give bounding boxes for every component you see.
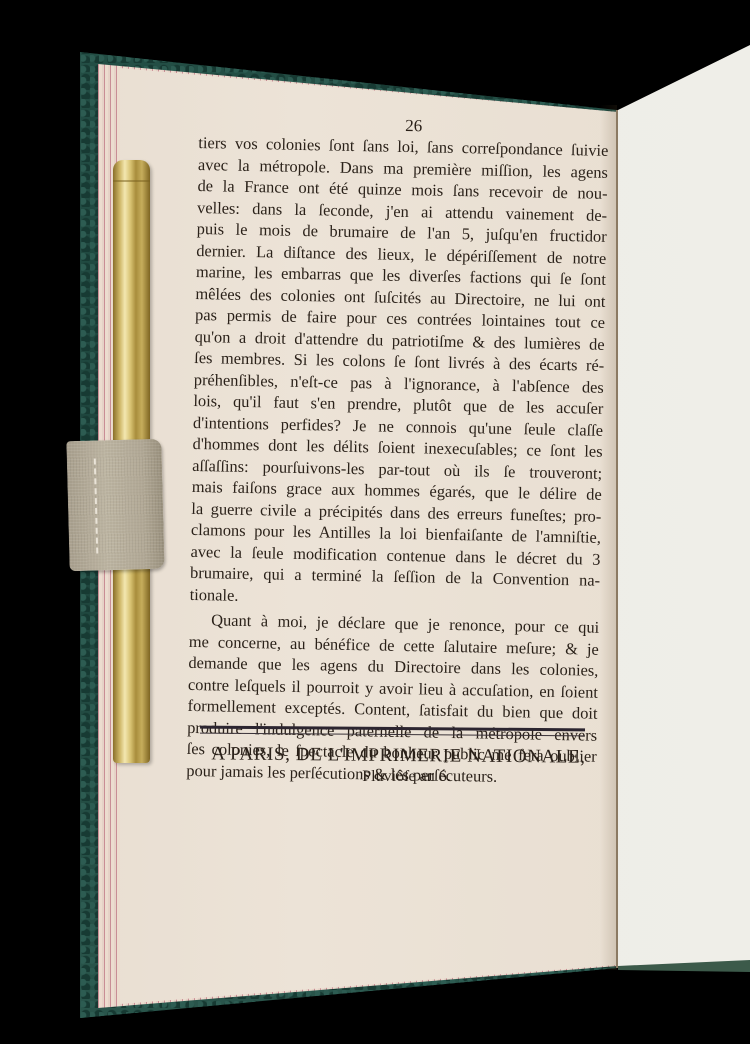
- imprint-line: A PARIS, DE L'IMPRIMERIE NATIONALE,: [196, 743, 601, 769]
- imprint-date: Pluviôſe an 6.: [196, 768, 609, 786]
- paragraph-1: tiers vos colonies ſont ſans loi, ſans c…: [190, 132, 609, 613]
- spine-gutter: [616, 110, 618, 968]
- stitching: [94, 459, 98, 554]
- fabric-pen-loop: [66, 439, 164, 571]
- open-book: 26 tiers vos colonies ſont ſans loi, ſan…: [0, 0, 750, 1044]
- page-text: 26 tiers vos colonies ſont ſans loi, ſan…: [186, 112, 609, 789]
